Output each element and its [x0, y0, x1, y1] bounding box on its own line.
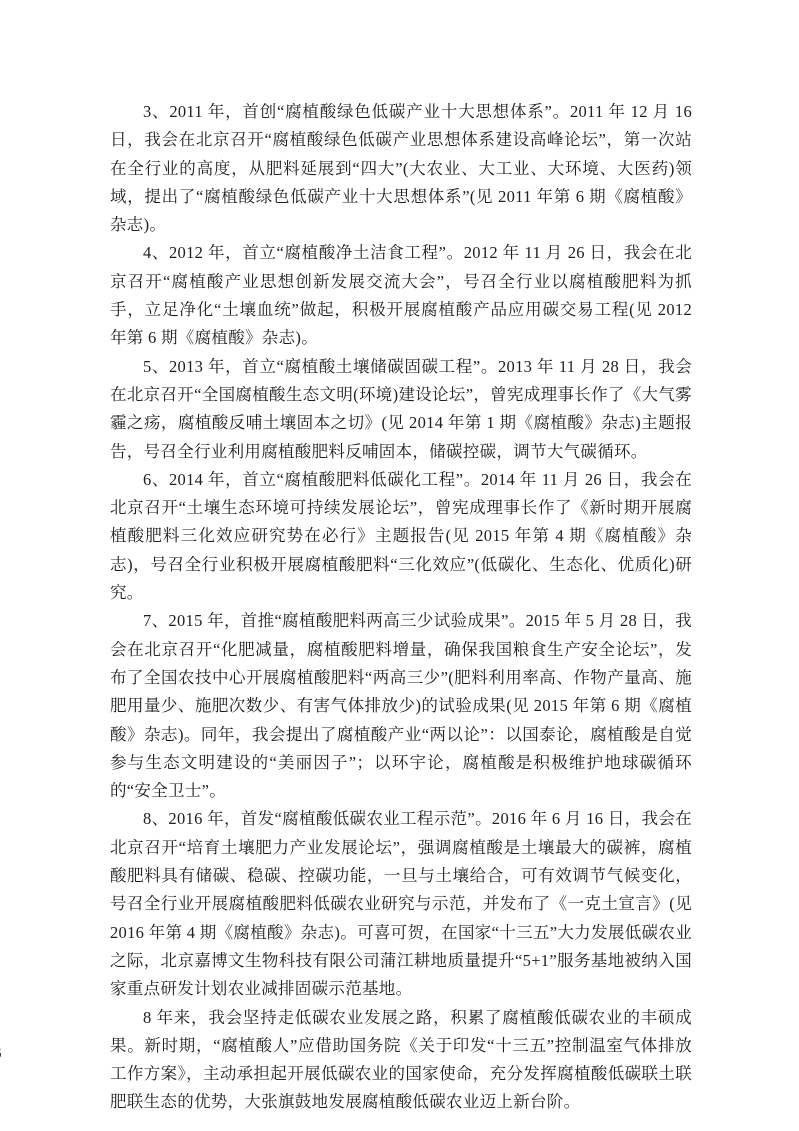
body-text: 3、2011 年，首创“腐植酸绿色低碳产业十大思想体系”。2011 年 12 月…: [110, 98, 692, 1117]
paragraph-item-7: 7、2015 年，首推“腐植酸肥料两高三少试验成果”。2015 年 5 月 28…: [110, 607, 692, 805]
paragraph-item-4: 4、2012 年，首立“腐植酸净土洁食工程”。2012 年 11 月 26 日，…: [110, 239, 692, 352]
document-page: 3、2011 年，首创“腐植酸绿色低碳产业十大思想体系”。2011 年 12 月…: [0, 0, 799, 1131]
paragraph-item-3: 3、2011 年，首创“腐植酸绿色低碳产业十大思想体系”。2011 年 12 月…: [110, 98, 692, 239]
page-number: 6: [0, 1044, 2, 1064]
paragraph-item-5: 5、2013 年，首立“腐植酸土壤储碳固碳工程”。2013 年 11 月 28 …: [110, 353, 692, 466]
paragraph-summary: 8 年来，我会坚持走低碳农业发展之路，积累了腐植酸低碳农业的丰硕成果。新时期，“…: [110, 1004, 692, 1117]
paragraph-item-8: 8、2016 年，首发“腐植酸低碳农业工程示范”。2016 年 6 月 16 日…: [110, 805, 692, 1003]
paragraph-item-6: 6、2014 年，首立“腐植酸肥料低碳化工程”。2014 年 11 月 26 日…: [110, 466, 692, 607]
